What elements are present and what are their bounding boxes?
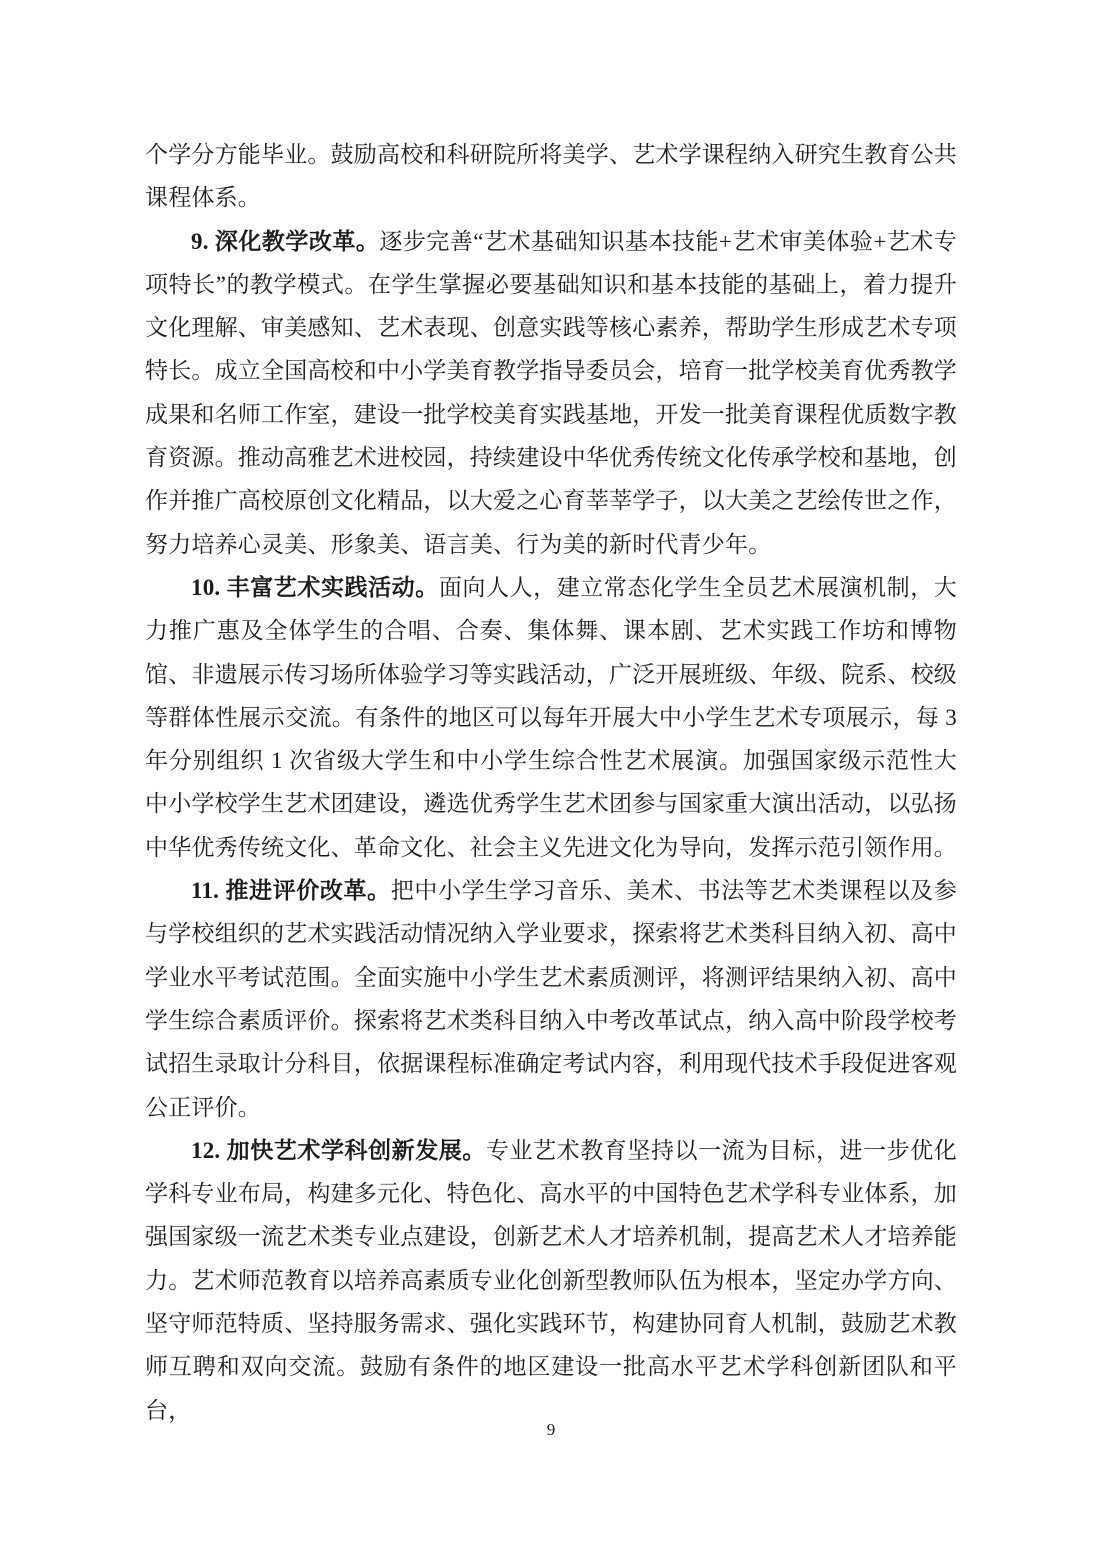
paragraph-body: 个学分方能毕业。鼓励高校和科研院所将美学、艺术学课程纳入研究生教育公共课程体系。 (145, 142, 957, 210)
page-number: 9 (0, 1419, 1102, 1441)
paragraph-lead: 11. 推进评价改革。 (191, 878, 391, 903)
paragraph: 10. 丰富艺术实践活动。面向人人，建立常态化学生全员艺术展演机制，大力推广惠及… (145, 566, 957, 869)
document-page: 个学分方能毕业。鼓励高校和科研院所将美学、艺术学课程纳入研究生教育公共课程体系。… (0, 0, 1102, 1559)
document-body: 个学分方能毕业。鼓励高校和科研院所将美学、艺术学课程纳入研究生教育公共课程体系。… (145, 133, 957, 1432)
paragraph-body: 专业艺术教育坚持以一流为目标，进一步优化学科专业布局，构建多元化、特色化、高水平… (145, 1138, 957, 1423)
paragraph-lead: 9. 深化教学改革。 (191, 229, 379, 254)
paragraph-lead: 12. 加快艺术学科创新发展。 (191, 1138, 486, 1163)
paragraph: 12. 加快艺术学科创新发展。专业艺术教育坚持以一流为目标，进一步优化学科专业布… (145, 1129, 957, 1432)
paragraph: 9. 深化教学改革。逐步完善“艺术基础知识基本技能+艺术审美体验+艺术专项特长”… (145, 220, 957, 566)
paragraph-body: 面向人人，建立常态化学生全员艺术展演机制，大力推广惠及全体学生的合唱、合奏、集体… (145, 575, 957, 860)
paragraph-body: 把中小学生学习音乐、美术、书法等艺术类课程以及参与学校组织的艺术实践活动情况纳入… (145, 878, 957, 1119)
paragraph: 个学分方能毕业。鼓励高校和科研院所将美学、艺术学课程纳入研究生教育公共课程体系。 (145, 133, 957, 220)
paragraph: 11. 推进评价改革。把中小学生学习音乐、美术、书法等艺术类课程以及参与学校组织… (145, 869, 957, 1129)
paragraph-lead: 10. 丰富艺术实践活动。 (191, 575, 439, 600)
paragraph-body: 逐步完善“艺术基础知识基本技能+艺术审美体验+艺术专项特长”的教学模式。在学生掌… (145, 229, 957, 557)
